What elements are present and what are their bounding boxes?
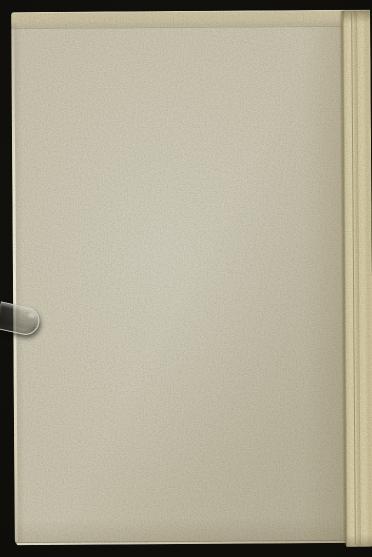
fore-edge-page-stack	[342, 10, 372, 547]
fore-edge-crease-line	[351, 13, 356, 545]
page-top-edge-band	[11, 10, 343, 29]
book	[0, 0, 372, 557]
page-left-edge-highlight	[11, 28, 18, 541]
fore-edge-crease-line	[356, 13, 361, 545]
page-shading-vignette	[11, 10, 347, 545]
blank-book-page	[11, 10, 347, 545]
photograph-frame	[0, 0, 372, 557]
page-bottom-edge-highlight	[17, 541, 347, 545]
